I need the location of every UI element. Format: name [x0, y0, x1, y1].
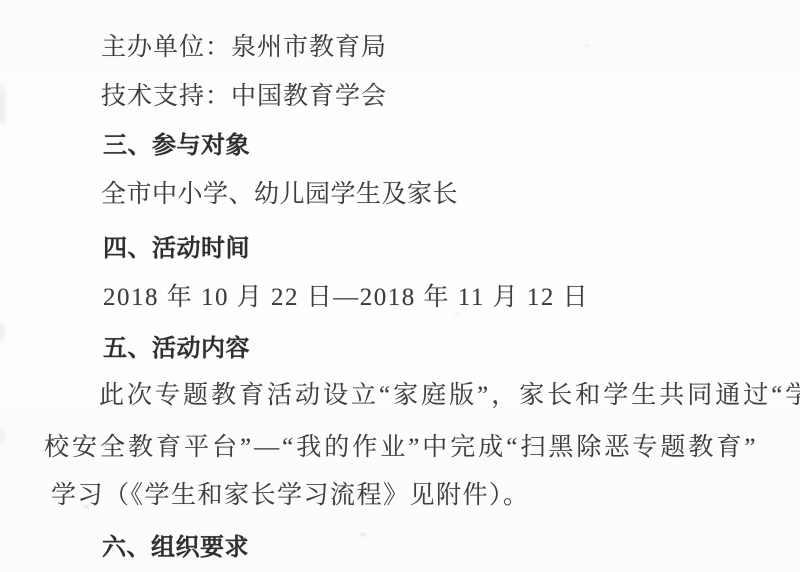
- participants-line: 全市中小学、幼儿园学生及家长: [101, 180, 458, 210]
- scan-speck: [585, 44, 589, 47]
- activity-paragraph-line-1: 此次专题教育活动设立“家庭版”，家长和学生共同通过“学: [99, 381, 800, 411]
- scan-smudge-left-middle: [0, 322, 5, 342]
- section-heading-organization-requirements: 六、组织要求: [102, 533, 249, 563]
- scan-speck: [360, 533, 367, 536]
- scan-speck: [455, 312, 459, 315]
- activity-paragraph-line-2: 校安全教育平台”—“我的作业”中完成“扫黑除恶专题教育”: [44, 433, 758, 463]
- scan-smudge-left-lower: [0, 428, 5, 444]
- section-heading-activity-content: 五、活动内容: [103, 334, 250, 364]
- scan-speck: [84, 505, 89, 508]
- organizer-line: 主办单位：泉州市教育局: [101, 33, 387, 63]
- section-heading-activity-time: 四、活动时间: [103, 234, 250, 264]
- activity-paragraph-line-3: 学习（《学生和家长学习流程》见附件）。: [51, 481, 530, 511]
- section-heading-participants: 三、参与对象: [103, 131, 250, 161]
- technical-support-line: 技术支持：中国教育学会: [101, 82, 387, 112]
- scan-smudge-left-top: [0, 84, 6, 126]
- activity-date-range: 2018 年 10 月 22 日—2018 年 11 月 12 日: [103, 283, 589, 313]
- scanned-document-page: 主办单位：泉州市教育局 技术支持：中国教育学会 三、参与对象 全市中小学、幼儿园…: [0, 0, 800, 572]
